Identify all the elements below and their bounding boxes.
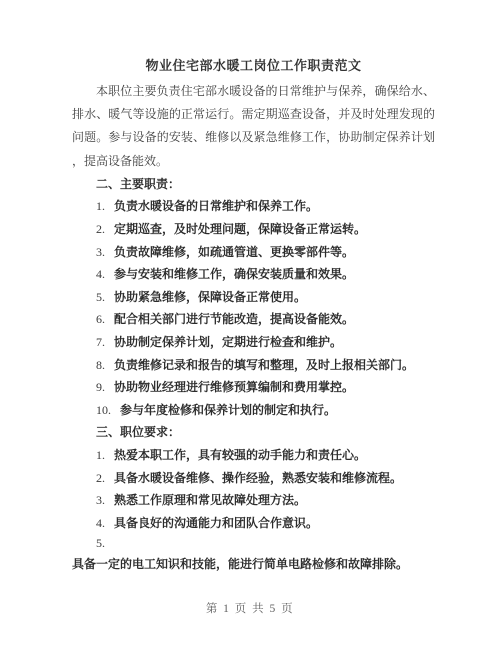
- item-text: 负责故障维修，如疏通管道、更换零部件等。: [114, 241, 354, 264]
- list-item: 6.配合相关部门进行节能改造，提高设备能效。: [72, 308, 435, 331]
- item-number: 2.: [96, 467, 105, 490]
- intro-paragraph: 本职位主要负责住宅部水暖设备的日常维护与保养，确保给水、排水、暖气等设施的正常运…: [72, 80, 435, 173]
- item-number: 3.: [96, 489, 105, 512]
- list-item: 1.负责水暖设备的日常维护和保养工作。: [72, 195, 435, 218]
- item-number: 1.: [96, 195, 105, 218]
- section-main-duties: 二、主要职责： 1.负责水暖设备的日常维护和保养工作。2.定期巡查，及时处理问题…: [72, 173, 435, 422]
- item-number: 6.: [96, 308, 105, 331]
- item-text: 负责维修记录和报告的填写和整理，及时上报相关部门。: [114, 354, 414, 377]
- item-text: 定期巡查，及时处理问题，保障设备正常运转。: [114, 218, 366, 241]
- list-item: 8.负责维修记录和报告的填写和整理，及时上报相关部门。: [72, 354, 435, 377]
- item-text: 协助制定保养计划，定期进行检查和维护。: [114, 331, 342, 354]
- list-item: 7.协助制定保养计划，定期进行检查和维护。: [72, 331, 435, 354]
- item-number: 5.: [96, 534, 105, 553]
- item-text: 协助物业经理进行维修预算编制和费用掌控。: [114, 376, 354, 399]
- list-item: 2.具备水暖设备维修、操作经验，熟悉安装和维修流程。: [72, 467, 435, 490]
- page-number: 第 1 页 共 5 页: [0, 600, 500, 616]
- item-number: 7.: [96, 331, 105, 354]
- list-item: 10.参与年度检修和保养计划的制定和执行。: [72, 399, 435, 422]
- trailing-paragraph: 具备一定的电工知识和技能，能进行简单电路检修和故障排除。: [72, 553, 435, 576]
- duties-list: 1.负责水暖设备的日常维护和保养工作。2.定期巡查，及时处理问题，保障设备正常运…: [72, 195, 435, 421]
- item-text: 具备水暖设备维修、操作经验，熟悉安装和维修流程。: [114, 467, 402, 490]
- list-item: 4.参与安装和维修工作，确保安装质量和效果。: [72, 263, 435, 286]
- item-number: 4.: [96, 263, 105, 286]
- list-item: 4.具备良好的沟通能力和团队合作意识。: [72, 512, 435, 535]
- item-text: 配合相关部门进行节能改造，提高设备能效。: [114, 308, 354, 331]
- item-number: 5.: [96, 286, 105, 309]
- item-text: 具备良好的沟通能力和团队合作意识。: [114, 512, 318, 535]
- section-heading-duties: 二、主要职责：: [72, 173, 435, 196]
- item-text: 协助紧急维修，保障设备正常使用。: [114, 286, 306, 309]
- list-item: 3.负责故障维修，如疏通管道、更换零部件等。: [72, 241, 435, 264]
- item-text: 热爱本职工作，具有较强的动手能力和责任心。: [114, 444, 366, 467]
- item-text: 熟悉工作原理和常见故障处理方法。: [114, 489, 306, 512]
- item-text: 参与安装和维修工作，确保安装质量和效果。: [114, 263, 354, 286]
- page-title: 物业住宅部水暖工岗位工作职责范文: [72, 56, 435, 76]
- section-requirements: 三、职位要求： 1.热爱本职工作，具有较强的动手能力和责任心。2.具备水暖设备维…: [72, 421, 435, 553]
- item-text: 参与年度检修和保养计划的制定和执行。: [120, 399, 336, 422]
- requirements-list: 1.热爱本职工作，具有较强的动手能力和责任心。2.具备水暖设备维修、操作经验，熟…: [72, 444, 435, 553]
- item-number: 10.: [96, 399, 111, 422]
- list-item: 5.协助紧急维修，保障设备正常使用。: [72, 286, 435, 309]
- item-number: 8.: [96, 354, 105, 377]
- section-heading-requirements: 三、职位要求：: [72, 421, 435, 444]
- item-number: 3.: [96, 241, 105, 264]
- list-item: 3.熟悉工作原理和常见故障处理方法。: [72, 489, 435, 512]
- document-page: 物业住宅部水暖工岗位工作职责范文 本职位主要负责住宅部水暖设备的日常维护与保养，…: [0, 0, 500, 647]
- list-item: 9.协助物业经理进行维修预算编制和费用掌控。: [72, 376, 435, 399]
- item-number: 2.: [96, 218, 105, 241]
- item-number: 9.: [96, 376, 105, 399]
- item-number: 4.: [96, 512, 105, 535]
- list-item: 1.热爱本职工作，具有较强的动手能力和责任心。: [72, 444, 435, 467]
- list-item: 5.: [72, 534, 435, 553]
- list-item: 2.定期巡查，及时处理问题，保障设备正常运转。: [72, 218, 435, 241]
- item-text: 负责水暖设备的日常维护和保养工作。: [114, 195, 318, 218]
- item-number: 1.: [96, 444, 105, 467]
